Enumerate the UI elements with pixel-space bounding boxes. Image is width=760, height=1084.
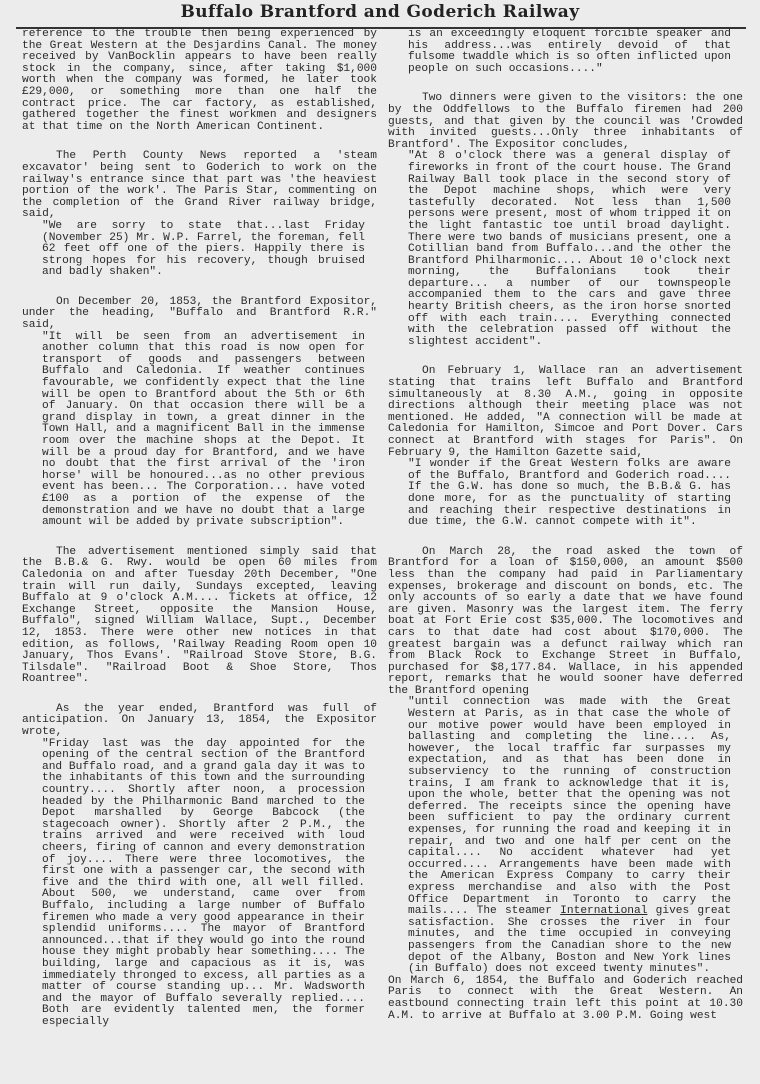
paragraph-gap <box>22 686 377 704</box>
left-column: reference to the trouble then being expe… <box>22 29 377 1029</box>
paragraph-gap <box>388 75 743 93</box>
block-quote: "It will be seen from an advertisement i… <box>22 332 377 529</box>
paragraph-gap <box>388 529 743 547</box>
page-header-title: Buffalo Brantford and Goderich Railway <box>0 0 760 22</box>
block-quote: "We are sorry to state that...last Frida… <box>22 221 377 279</box>
paragraph: The Perth County News reported a 'steam … <box>22 151 377 221</box>
block-quote: "I wonder if the Great Western folks are… <box>388 459 743 529</box>
block-quote: "Friday last was the day appointed for t… <box>22 739 377 1029</box>
ship-name: International <box>560 905 647 917</box>
paragraph: On February 1, Wallace ran an advertisem… <box>388 366 743 459</box>
paragraph-gap <box>22 279 377 297</box>
right-column: is an exceedingly eloquent forcible spea… <box>388 29 743 1022</box>
paragraph: As the year ended, Brantford was full of… <box>22 704 377 739</box>
paragraph-gap <box>22 529 377 547</box>
paragraph: On December 20, 1853, the Brantford Expo… <box>22 297 377 332</box>
paragraph: On March 6, 1854, the Buffalo and Goderi… <box>388 976 743 1022</box>
paragraph: On March 28, the road asked the town of … <box>388 547 743 698</box>
document-page: Buffalo Brantford and Goderich Railway r… <box>0 0 760 1084</box>
block-quote: "until connection was made with the Grea… <box>388 697 743 975</box>
paragraph-gap <box>388 348 743 366</box>
block-quote: is an exceedingly eloquent forcible spea… <box>388 29 743 75</box>
block-quote: "At 8 o'clock there was a general displa… <box>388 151 743 348</box>
paragraph: The advertisement mentioned simply said … <box>22 547 377 686</box>
paragraph-gap <box>22 133 377 151</box>
paragraph: Two dinners were given to the visitors: … <box>388 93 743 151</box>
paragraph: reference to the trouble then being expe… <box>22 29 377 133</box>
quote-text: "until connection was made with the Grea… <box>408 696 731 917</box>
